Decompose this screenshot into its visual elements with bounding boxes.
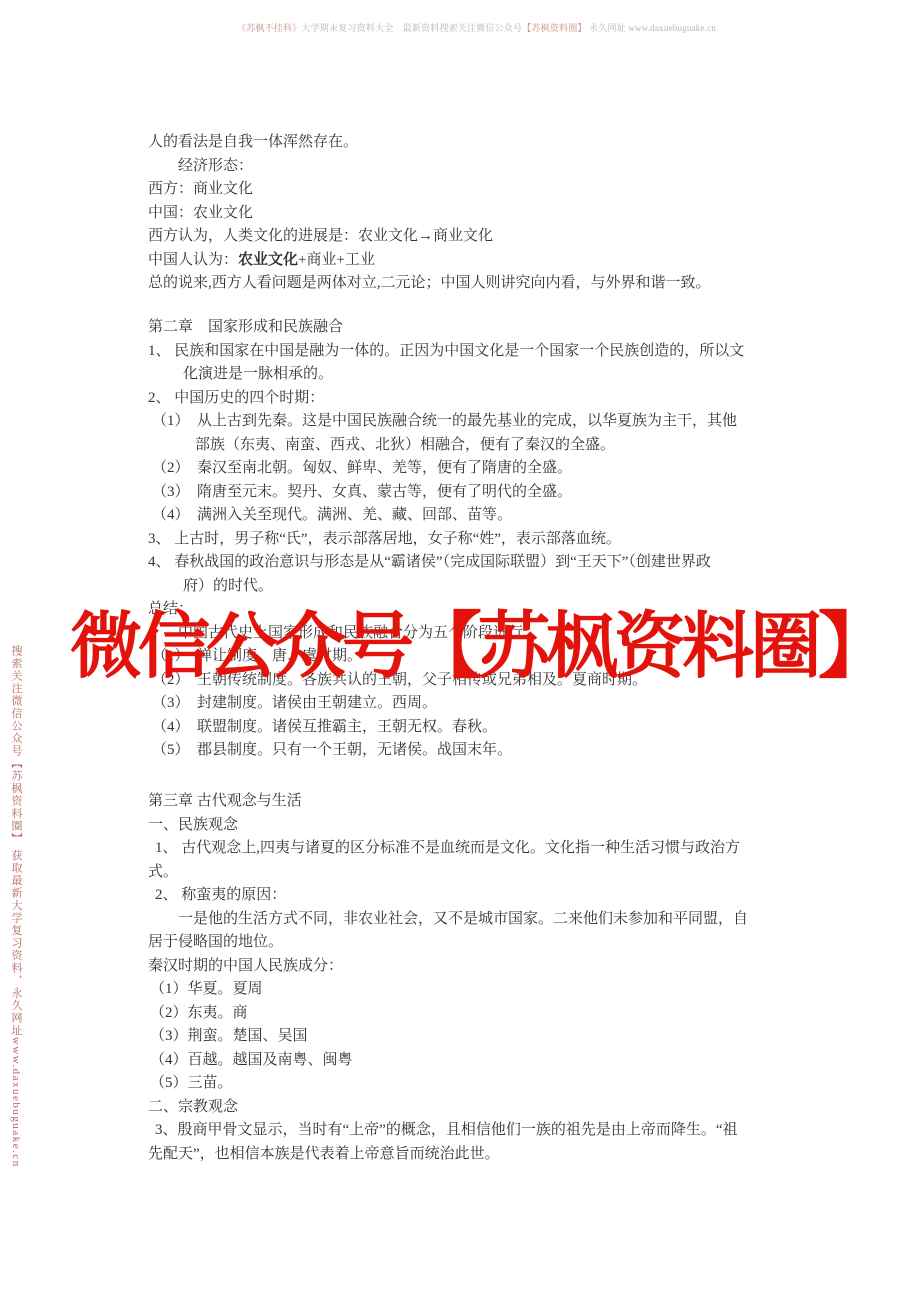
text-line: 第三章 古代观念与生活 bbox=[148, 790, 808, 814]
text-line: （1） 从上古到先秦。这是中国民族融合统一的最先基业的完成，以华夏族为主干，其他 bbox=[148, 410, 808, 434]
text-segment: 式。 bbox=[148, 864, 178, 880]
text-segment: 总的说来,西方人看问题是两体对立,二元论；中国人则讲究向内看，与外界和谐一致。 bbox=[148, 275, 711, 291]
text-segment: 4、 春秋战国的政治意识与形态是从“霸诸侯”（完成国际联盟）到“王天下”（创建世… bbox=[148, 554, 711, 570]
text-line: （3） 隋唐至元末。契丹、女真、蒙古等，便有了明代的全盛。 bbox=[148, 481, 808, 505]
text-block: 第三章 古代观念与生活一、民族观念1、 古代观念上,四夷与诸夏的区分标准不是血统… bbox=[148, 790, 808, 1166]
text-segment: 部族（东夷、南蛮、西戎、北狄）相融合，便有了秦汉的全盛。 bbox=[195, 437, 615, 453]
text-line: 第二章 国家形成和民族融合 bbox=[148, 316, 808, 340]
text-segment: 3、殷商甲骨文显示，当时有“上帝”的概念，且相信他们一族的祖先是由上帝而降生。“… bbox=[155, 1122, 737, 1138]
text-segment: （4） 满洲入关至现代。满洲、羌、藏、回部、苗等。 bbox=[152, 507, 512, 523]
text-line: 化演进是一脉相承的。 bbox=[148, 363, 808, 387]
text-line: （3）荆蛮。楚国、吴国 bbox=[148, 1025, 808, 1049]
text-line: （1）华夏。夏周 bbox=[148, 978, 808, 1002]
watermark-vertical: 搜索关注微信公众号【苏枫资料圈】 获取最新大学复习资料，永久网址www.daxu… bbox=[8, 645, 24, 1125]
text-segment: 1、 古代观念上,四夷与诸夏的区分标准不是血统而是文化。文化指一种生活习惯与政治… bbox=[155, 840, 740, 856]
text-line: 先配天”，也相信本族是代表着上帝意旨而统治此世。 bbox=[148, 1143, 808, 1167]
text-line: 秦汉时期的中国人民族成分： bbox=[148, 955, 808, 979]
text-segment: 1、 民族和国家在中国是融为一体的。正因为中国文化是一个国家一个民族创造的，所以… bbox=[148, 343, 744, 359]
text-segment: 人的看法是自我一体浑然存在。 bbox=[148, 134, 358, 150]
text-line: 西方认为，人类文化的进展是：农业文化→商业文化 bbox=[148, 225, 808, 249]
text-line: 部族（东夷、南蛮、西戎、北狄）相融合，便有了秦汉的全盛。 bbox=[148, 434, 808, 458]
text-segment: 居于侵略国的地位。 bbox=[148, 934, 283, 950]
text-segment: 二、宗教观念 bbox=[148, 1099, 238, 1115]
text-line: 1、 古代观念上,四夷与诸夏的区分标准不是血统而是文化。文化指一种生活习惯与政治… bbox=[148, 837, 808, 861]
text-line: （2） 秦汉至南北朝。匈奴、鲜卑、羌等，便有了隋唐的全盛。 bbox=[148, 457, 808, 481]
text-line: （4） 联盟制度。诸侯互推霸主，王朝无权。春秋。 bbox=[148, 716, 808, 740]
text-line: （4）百越。越国及南粤、闽粤 bbox=[148, 1049, 808, 1073]
text-segment: 中国：农业文化 bbox=[148, 205, 253, 221]
text-line: （2）东夷。商 bbox=[148, 1002, 808, 1026]
text-segment: 2、 中国历史的四个时期： bbox=[148, 390, 324, 406]
text-bold-segment: 农业文化 bbox=[238, 252, 298, 268]
text-block: 人的看法是自我一体浑然存在。经济形态：西方：商业文化中国：农业文化西方认为，人类… bbox=[148, 131, 808, 296]
text-segment: 中国人认为： bbox=[148, 252, 238, 268]
text-line: 一是他的生活方式不同，非农业社会，又不是城市国家。二来他们未参加和平同盟，自 bbox=[148, 908, 808, 932]
text-segment: （5）三苗。 bbox=[150, 1075, 233, 1091]
text-segment: 秦汉时期的中国人民族成分： bbox=[148, 958, 343, 974]
text-line: （5） 郡县制度。只有一个王朝，无诸侯。战国末年。 bbox=[148, 739, 808, 763]
text-segment: 2、 称蛮夷的原因： bbox=[155, 887, 286, 903]
text-line: 居于侵略国的地位。 bbox=[148, 931, 808, 955]
text-segment: （3） 隋唐至元末。契丹、女真、蒙古等，便有了明代的全盛。 bbox=[152, 484, 572, 500]
text-line: 式。 bbox=[148, 861, 808, 885]
text-line: （5）三苗。 bbox=[148, 1072, 808, 1096]
text-line: 2、 中国历史的四个时期： bbox=[148, 387, 808, 411]
text-segment: （4） 联盟制度。诸侯互推霸主，王朝无权。春秋。 bbox=[152, 719, 497, 735]
text-segment: （3） 封建制度。诸侯由王朝建立。西周。 bbox=[152, 695, 437, 711]
text-line: 二、宗教观念 bbox=[148, 1096, 808, 1120]
text-segment: 一、民族观念 bbox=[148, 817, 238, 833]
text-segment: 经济形态： bbox=[178, 158, 253, 174]
text-line: 1、 民族和国家在中国是融为一体的。正因为中国文化是一个国家一个民族创造的，所以… bbox=[148, 340, 808, 364]
text-line: 4、 春秋战国的政治意识与形态是从“霸诸侯”（完成国际联盟）到“王天下”（创建世… bbox=[148, 551, 808, 575]
text-segment: （2）东夷。商 bbox=[150, 1005, 248, 1021]
text-segment: 先配天”，也相信本族是代表着上帝意旨而统治此世。 bbox=[148, 1146, 500, 1162]
text-segment: 化演进是一脉相承的。 bbox=[183, 366, 333, 382]
text-block: 第二章 国家形成和民族融合1、 民族和国家在中国是融为一体的。正因为中国文化是一… bbox=[148, 316, 808, 763]
text-segment: （5） 郡县制度。只有一个王朝，无诸侯。战国末年。 bbox=[152, 742, 512, 758]
text-segment: 西方：商业文化 bbox=[148, 181, 253, 197]
text-line: 3、殷商甲骨文显示，当时有“上帝”的概念，且相信他们一族的祖先是由上帝而降生。“… bbox=[148, 1119, 808, 1143]
text-line: 经济形态： bbox=[148, 155, 808, 179]
text-line: 2、 称蛮夷的原因： bbox=[148, 884, 808, 908]
text-segment: （1） 从上古到先秦。这是中国民族融合统一的最先基业的完成，以华夏族为主干，其他 bbox=[152, 413, 737, 429]
text-line: 西方：商业文化 bbox=[148, 178, 808, 202]
text-segment: （3）荆蛮。楚国、吴国 bbox=[150, 1028, 308, 1044]
text-segment: 一是他的生活方式不同，非农业社会，又不是城市国家。二来他们未参加和平同盟，自 bbox=[178, 911, 748, 927]
text-line: 总的说来,西方人看问题是两体对立,二元论；中国人则讲究向内看，与外界和谐一致。 bbox=[148, 272, 808, 296]
text-segment: 第三章 古代观念与生活 bbox=[148, 793, 302, 809]
text-line: 一、民族观念 bbox=[148, 814, 808, 838]
text-line: 人的看法是自我一体浑然存在。 bbox=[148, 131, 808, 155]
text-segment: 西方认为，人类文化的进展是：农业文化→商业文化 bbox=[148, 228, 493, 244]
text-segment: （1）华夏。夏周 bbox=[150, 981, 263, 997]
text-line: 中国人认为：农业文化+商业+工业 bbox=[148, 249, 808, 273]
text-segment: 3、 上古时，男子称“氏”，表示部落居地，女子称“姓”，表示部落血统。 bbox=[148, 531, 621, 547]
watermark-banner: 微信公众号【苏枫资料圈】 bbox=[70, 588, 886, 692]
text-line: （3） 封建制度。诸侯由王朝建立。西周。 bbox=[148, 692, 808, 716]
text-line: （4） 满洲入关至现代。满洲、羌、藏、回部、苗等。 bbox=[148, 504, 808, 528]
text-segment: （4）百越。越国及南粤、闽粤 bbox=[150, 1052, 353, 1068]
text-segment: 第二章 国家形成和民族融合 bbox=[148, 319, 343, 335]
text-line: 3、 上古时，男子称“氏”，表示部落居地，女子称“姓”，表示部落血统。 bbox=[148, 528, 808, 552]
text-segment: （2） 秦汉至南北朝。匈奴、鲜卑、羌等，便有了隋唐的全盛。 bbox=[152, 460, 572, 476]
text-line: 中国：农业文化 bbox=[148, 202, 808, 226]
text-segment: +商业+工业 bbox=[298, 252, 375, 268]
